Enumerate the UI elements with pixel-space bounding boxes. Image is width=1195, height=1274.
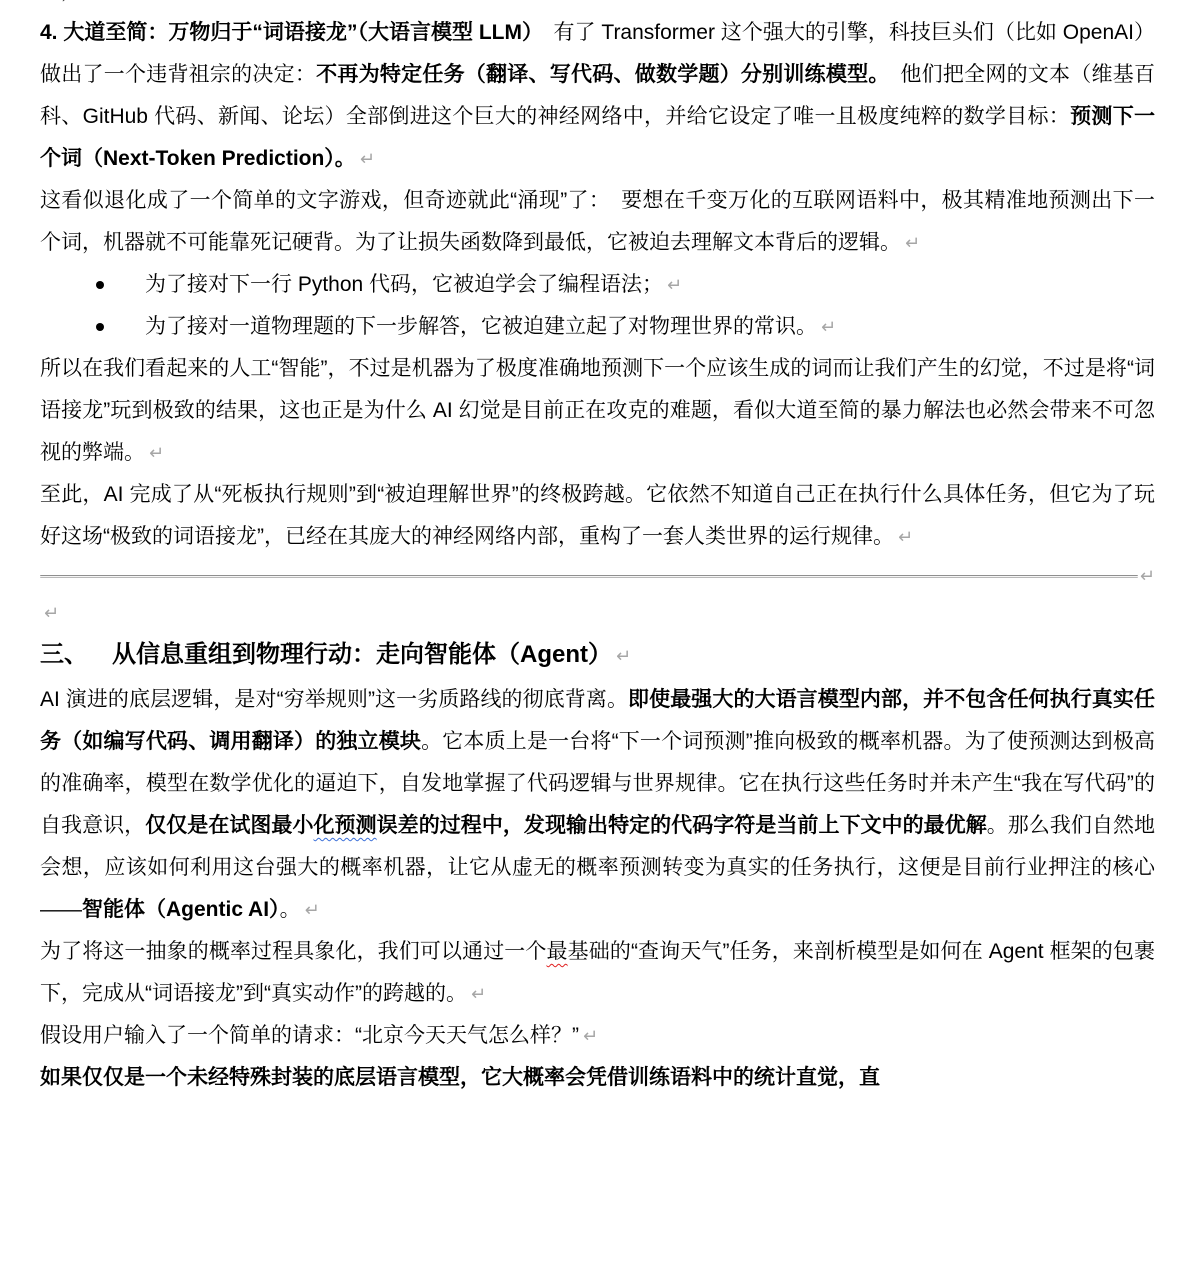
text-run: 为了将这一抽象的概率过程具象化，我们可以通过一个: [40, 940, 547, 963]
text-run: 为了接对下一行 Python 代码，它被迫学会了编程语法；: [145, 273, 663, 296]
text-run: 假设用户输入了一个简单的请求：“北京今天天气怎么样？”: [40, 1024, 579, 1047]
horizontal-rule: ↵: [40, 558, 1155, 594]
paragraph-ultimate-leap[interactable]: 至此，AI 完成了从“死板执行规则”到“被迫理解世界”的终极跨越。它依然不知道自…: [40, 474, 1155, 558]
horizontal-rule-line: [40, 575, 1138, 578]
paragraph-mark-icon: ↵: [401, 0, 416, 1]
text-run: 所以在我们看起来的人工“智能”，不过是机器为了极度准确地预测下一个应该生成的词而…: [40, 357, 1155, 464]
bullet-item-python[interactable]: 为了接对下一行 Python 代码，它被迫学会了编程语法；↵: [40, 264, 1155, 306]
paragraph-weather-task[interactable]: 为了将这一抽象的概率过程具象化，我们可以通过一个最基础的“查询天气”任务，来剖析…: [40, 931, 1155, 1015]
bullet-icon: [96, 323, 104, 331]
paragraph-illusion[interactable]: 所以在我们看起来的人工“智能”，不过是机器为了极度准确地预测下一个应该生成的词而…: [40, 348, 1155, 474]
text-run: 至此，AI 完成了从“死板执行规则”到“被迫理解世界”的终极跨越。它依然不知道自…: [40, 483, 1155, 548]
bold-run: 智能体（Agentic AI）: [82, 898, 280, 921]
paragraph-probability-machine[interactable]: AI 演进的底层逻辑，是对“穷举规则”这一劣质路线的彻底背离。即使最强大的大语言…: [40, 679, 1155, 931]
paragraph-llm[interactable]: 4. 大道至简：万物归于“词语接龙”（大语言模型 LLM） 有了 Transfo…: [40, 12, 1155, 180]
paragraph-mark-icon: ↵: [898, 527, 913, 547]
text-run: 。: [280, 898, 301, 921]
text-run: AI 演进的底层逻辑，是对“穷举规则”这一劣质路线的彻底背离。: [40, 688, 628, 711]
document-page: 力，彻底释放了硅基芯片的暴力算力。↵ 4. 大道至简：万物归于“词语接龙”（大语…: [40, 0, 1155, 1099]
bold-run: 如果仅仅是一个未经特殊封装的底层语言模型，它大概率会凭借训练语料中的统计直觉，直: [40, 1066, 880, 1089]
paragraph-mark-icon: ↵: [616, 646, 631, 666]
paragraph-mark-icon: ↵: [1140, 566, 1155, 587]
paragraph-raw-model-clipped[interactable]: 如果仅仅是一个未经特殊封装的底层语言模型，它大概率会凭借训练语料中的统计直觉，直: [40, 1057, 1155, 1099]
text-run: 力，彻底释放了硅基芯片的暴力算力。: [40, 0, 397, 2]
paragraph-clipped-top[interactable]: 力，彻底释放了硅基芯片的暴力算力。↵: [40, 0, 1155, 12]
text-run: 这看似退化成了一个简单的文字游戏，但奇迹就此“涌现”了： 要想在千变万化的互联网…: [40, 189, 1155, 254]
paragraph-mark-icon: ↵: [583, 1026, 598, 1046]
empty-paragraph[interactable]: ↵: [40, 594, 1155, 632]
bullet-icon: [96, 281, 104, 289]
text-run: 为了接对一道物理题的下一步解答，它被迫建立起了对物理世界的常识。: [145, 315, 817, 338]
paragraph-mark-icon: ↵: [149, 443, 164, 463]
bold-run: 4. 大道至简：万物归于“词语接龙”（大语言模型 LLM）: [40, 21, 533, 44]
heading-title: 从信息重组到物理行动：走向智能体（Agent）: [112, 641, 612, 668]
bold-run: 仅仅是在试图最小: [145, 814, 313, 837]
paragraph-mark-icon: ↵: [44, 603, 59, 623]
paragraph-mark-icon: ↵: [360, 149, 375, 169]
paragraph-word-game[interactable]: 这看似退化成了一个简单的文字游戏，但奇迹就此“涌现”了： 要想在千变万化的互联网…: [40, 180, 1155, 264]
bold-run: 误差的过程中，发现输出特定的代码字符是当前上下文中的最优解: [377, 814, 987, 837]
bold-run-grammar-underline: 化预测: [314, 814, 377, 837]
paragraph-mark-icon: ↵: [821, 317, 836, 337]
paragraph-mark-icon: ↵: [471, 984, 486, 1004]
paragraph-user-request[interactable]: 假设用户输入了一个简单的请求：“北京今天天气怎么样？”↵: [40, 1015, 1155, 1057]
section-heading-agent[interactable]: 三、从信息重组到物理行动：走向智能体（Agent）↵: [40, 632, 1155, 679]
bold-run: 不再为特定任务（翻译、写代码、做数学题）分别训练模型。: [316, 63, 879, 86]
text-run-spell-underline: 最: [547, 940, 568, 963]
paragraph-mark-icon: ↵: [305, 900, 320, 920]
bullet-item-physics[interactable]: 为了接对一道物理题的下一步解答，它被迫建立起了对物理世界的常识。↵: [40, 306, 1155, 348]
paragraph-mark-icon: ↵: [667, 275, 682, 295]
heading-number: 三、: [40, 641, 88, 668]
paragraph-mark-icon: ↵: [905, 233, 920, 253]
